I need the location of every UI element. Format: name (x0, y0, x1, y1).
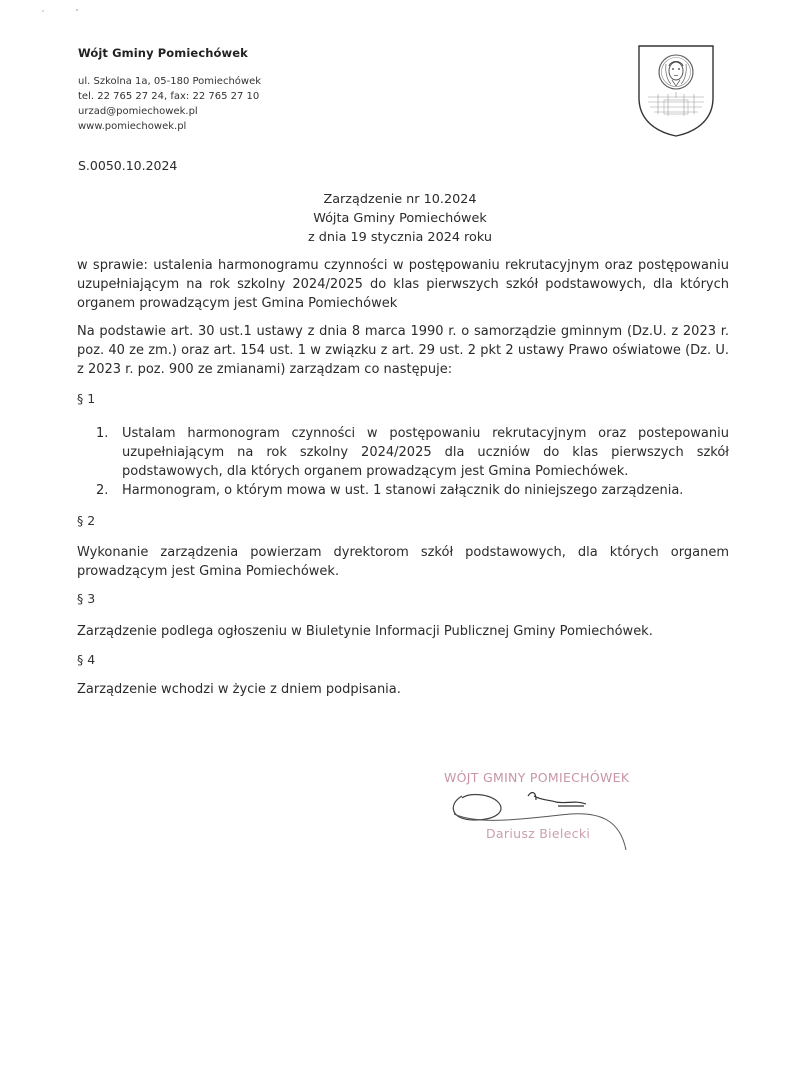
sender-address: ul. Szkolna 1a, 05-180 Pomiechówek (78, 74, 261, 89)
sender-email: urzad@pomiechowek.pl (78, 104, 261, 119)
section-2-mark: § 2 (77, 513, 95, 528)
section-1-list: 1. Ustalam harmonogram czynności w postę… (96, 424, 729, 500)
scan-speck (76, 9, 78, 11)
scan-speck (42, 10, 44, 12)
ordinance-issuer: Wójta Gminy Pomiechówek (250, 209, 550, 228)
list-item-text: Harmonogram, o którym mowa w ust. 1 stan… (122, 481, 729, 500)
section-1-mark: § 1 (77, 391, 95, 406)
sender-block: Wójt Gminy Pomiechówek ul. Szkolna 1a, 0… (78, 46, 261, 134)
signature-stamp: WÓJT GMINY POMIECHÓWEK Dariusz Bielecki (440, 770, 660, 860)
section-4-text: Zarządzenie wchodzi w życie z dniem podp… (77, 680, 729, 699)
ordinance-date: z dnia 19 stycznia 2024 roku (250, 228, 550, 247)
ordinance-title: Zarządzenie nr 10.2024 Wójta Gminy Pomie… (250, 190, 550, 247)
list-item-number: 1. (96, 424, 122, 481)
coat-of-arms-icon (636, 42, 716, 138)
reference-number: S.0050.10.2024 (78, 158, 177, 173)
list-item: 2. Harmonogram, o którym mowa w ust. 1 s… (96, 481, 729, 500)
section-4-mark: § 4 (77, 652, 95, 667)
list-item: 1. Ustalam harmonogram czynności w postę… (96, 424, 729, 481)
stamp-name: Dariusz Bielecki (486, 826, 590, 841)
section-3-mark: § 3 (77, 591, 95, 606)
sender-phone: tel. 22 765 27 24, fax: 22 765 27 10 (78, 89, 261, 104)
sender-website: www.pomiechowek.pl (78, 119, 261, 134)
subject-paragraph: w sprawie: ustalenia harmonogramu czynno… (77, 256, 729, 313)
list-item-text: Ustalam harmonogram czynności w postępow… (122, 424, 729, 481)
document-page: Wójt Gminy Pomiechówek ul. Szkolna 1a, 0… (0, 0, 788, 1080)
ordinance-number: Zarządzenie nr 10.2024 (250, 190, 550, 209)
section-3-text: Zarządzenie podlega ogłoszeniu w Biulety… (77, 622, 729, 641)
section-2-text: Wykonanie zarządzenia powierzam dyrektor… (77, 543, 729, 581)
handwritten-signature (440, 770, 660, 860)
scan-artifacts (40, 8, 80, 14)
list-item-number: 2. (96, 481, 122, 500)
legal-basis-paragraph: Na podstawie art. 30 ust.1 ustawy z dnia… (77, 322, 729, 379)
sender-name: Wójt Gminy Pomiechówek (78, 46, 261, 60)
